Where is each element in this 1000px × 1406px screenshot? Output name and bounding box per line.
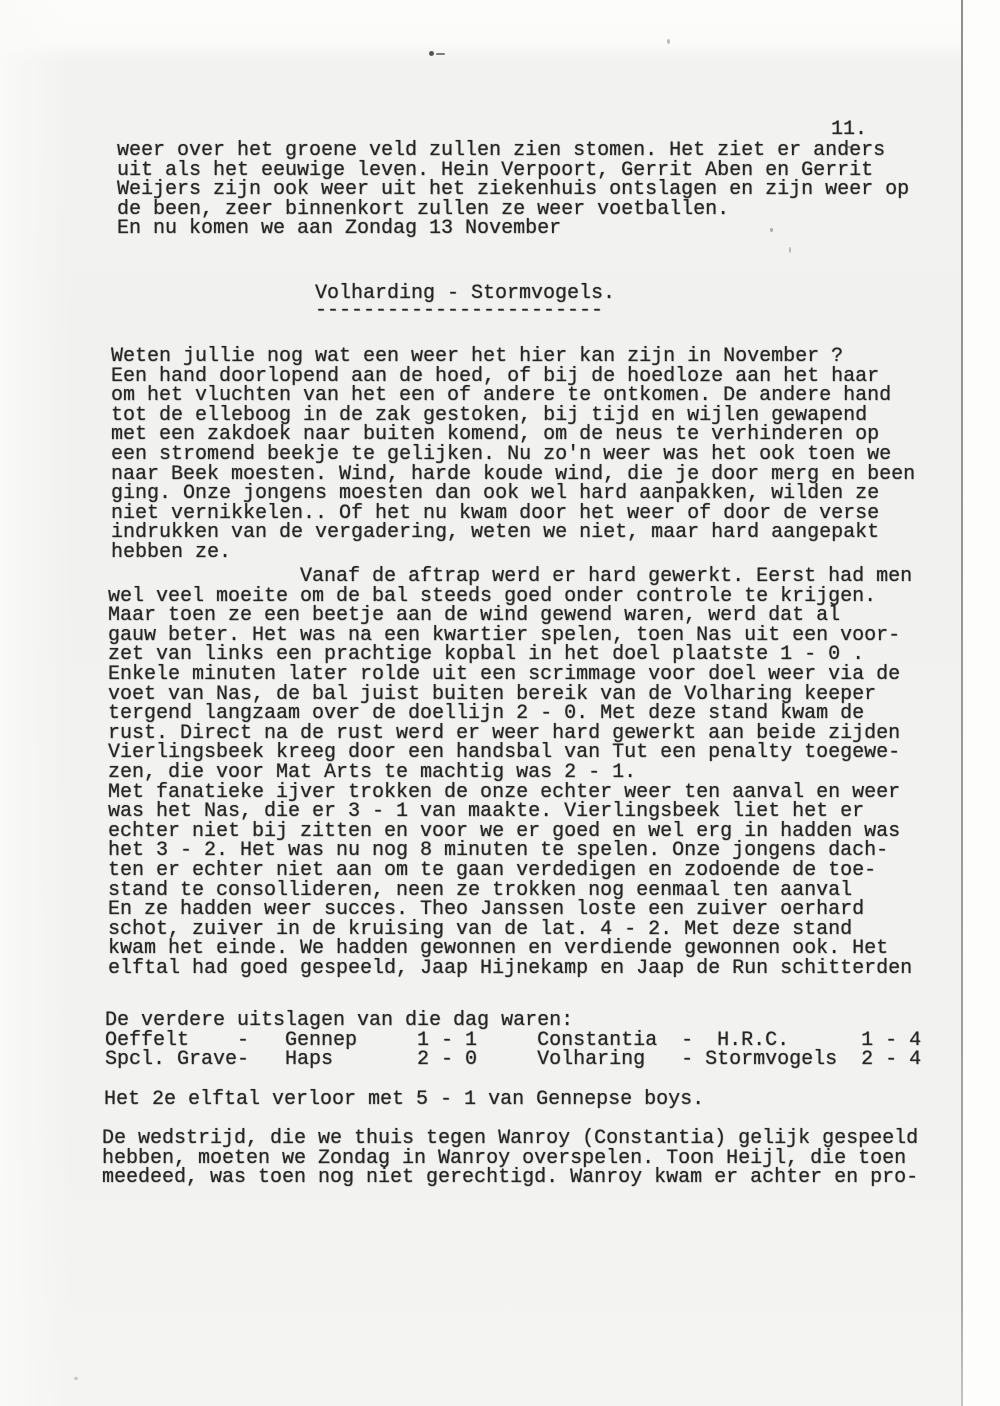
match-report-paragraph: Vanaf de aftrap werd er hard gewerkt. Ee… [108,567,912,978]
ink-speck [845,146,852,148]
scanned-page: 11. weer over het groene veld zullen zie… [0,0,1000,1406]
intro-paragraph: weer over het groene veld zullen zien st… [117,141,909,239]
replay-paragraph: De wedstrijd, die we thuis tegen Wanroy … [102,1129,918,1188]
weather-paragraph: Weten jullie nog wat een weer het hier k… [111,347,915,563]
ink-speck [429,51,434,56]
results-table: De verdere uitslagen van die dag waren: … [105,1011,921,1070]
ink-speck [436,53,445,55]
scan-right-margin [963,0,1000,1406]
page-edge-line [961,0,963,1406]
page-number: 11. [831,120,867,140]
ink-speck [770,228,773,232]
ink-speck [74,1377,78,1380]
article-title-underline: ------------------------ [315,301,603,321]
ink-speck [667,39,670,44]
ink-speck [789,247,791,253]
second-team-result-line: Het 2e elftal verloor met 5 - 1 van Genn… [104,1090,704,1110]
